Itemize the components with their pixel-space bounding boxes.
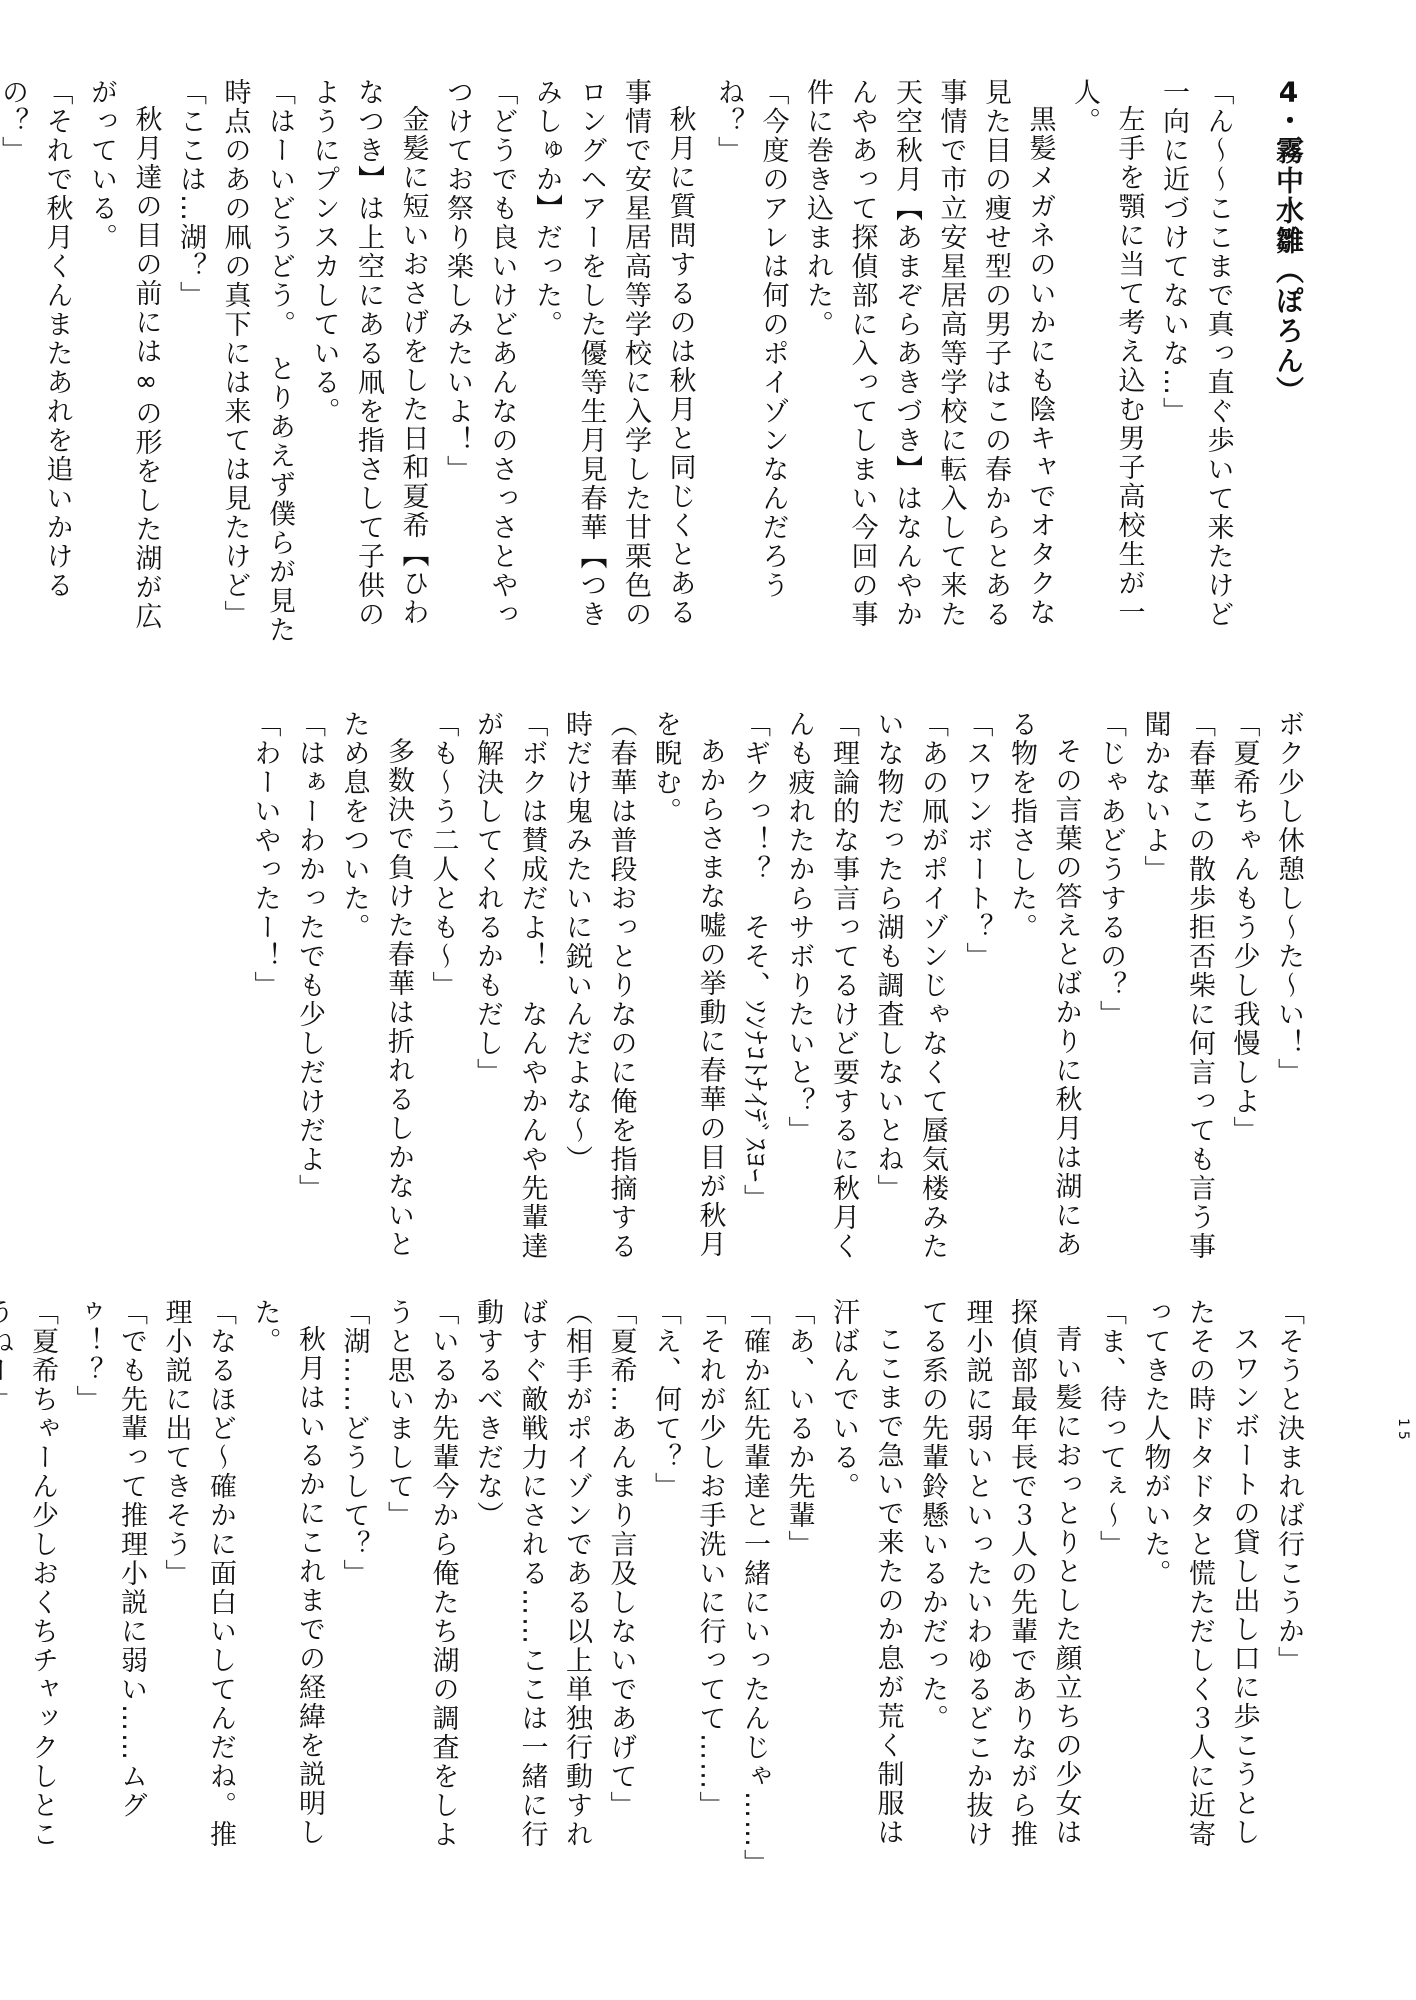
inner-thought: （相手がポイゾンである以上単独行動すればすぐ敵戦力にされる……ここは一緒に行動す… — [465, 1298, 599, 1873]
narration-paragraph: 秋月はいるかにこれまでの経緯を説明した。 — [242, 1298, 331, 1873]
dialogue-line: 「夏希ちゃんもう少し我慢しよ」 — [1221, 710, 1266, 1285]
narration-paragraph: 左手を顎に当て考え込む男子高校生が一人。 — [1062, 78, 1151, 653]
dialogue-line: 「それが少しお手洗いに行ってて……」 — [687, 1298, 732, 1873]
dialogue-line: 「はぁーわかったでも少しだけだよ」 — [287, 710, 332, 1285]
narration-paragraph: 金髪に短いおさげをした日和夏希【ひわなつき】は上空にある凧を指さして子供のように… — [301, 78, 435, 653]
narration-paragraph: ここまで急いで来たのか息が荒く制服は汗ばんでいる。 — [821, 1298, 910, 1873]
dialogue-line: 「あの凧がポイゾンじゃなくて蜃気楼みたいな物だったら湖も調査しないとね」 — [865, 710, 954, 1285]
dialogue-line: 「じゃあどうするの？」 — [1088, 710, 1133, 1285]
dialogue-line: 「ん～～ここまで真っ直ぐ歩いて来たけど一向に近づけてないな…」 — [1151, 78, 1240, 653]
narration-paragraph: 秋月達の目の前には∞の形をした湖が広がっている。 — [79, 78, 168, 653]
narration-paragraph: 黒髪メガネのいかにも陰キャでオタクな見た目の痩せ型の男子はこの春からとある事情で… — [795, 78, 1062, 653]
narration-paragraph: 青い髪におっとりとした顔立ちの少女は探偵部最年長で３人の先輩でありながら推理小説… — [910, 1298, 1088, 1873]
text-band-middle: ボク少し休憩し～た～い！」 「夏希ちゃんもう少し我慢しよ」 「春華この散歩拒否柴… — [40, 710, 1310, 1285]
narration-paragraph: 秋月に質問するのは秋月と同じくとある事情で安星居高等学校に入学した甘栗色のロング… — [524, 78, 702, 653]
page-number: 15 — [1396, 1418, 1410, 1444]
dialogue-line: 「も～う二人とも～」 — [420, 710, 465, 1285]
dialogue-line: 「え、何て？」 — [643, 1298, 688, 1873]
dialogue-line: 「ここは…湖？」 — [168, 78, 213, 653]
dialogue-line: 「わーいやったー！」 — [242, 710, 287, 1285]
dialogue-line: 「確か紅先輩達と一緒にいったんじゃ……」 — [732, 1298, 777, 1873]
dialogue-line: 「そうと決まれば行こうか」 — [1266, 1298, 1311, 1873]
narration-paragraph: あからさまな嘘の挙動に春華の目が秋月を睨む。 — [643, 710, 732, 1285]
narration-paragraph: スワンボートの貸し出し口に歩こうとしたその時ドタドタと慌ただしく３人に近寄ってき… — [1132, 1298, 1266, 1873]
dialogue-line: 「なるほど～確かに面白いしてんだね。推理小説に出てきそう」 — [153, 1298, 242, 1873]
chapter-reading: （ぽろん） — [1272, 256, 1305, 406]
dialogue-line: 「理論的な事言ってるけど要するに秋月くんも疲れたからサボりたいと？」 — [776, 710, 865, 1285]
dialogue-continuation: ボク少し休憩し～た～い！」 — [1266, 710, 1311, 1285]
text-band-bottom: 「そうと決まれば行こうか」 スワンボートの貸し出し口に歩こうとしたその時ドタドタ… — [40, 1298, 1310, 1873]
dialogue-line: 「今度のアレは何のポイゾンなんだろうね？」 — [706, 78, 795, 653]
dialogue-line: 「はーいどうどう。 とりあえず僕らが見た時点のあの凧の真下には来ては見たけど」 — [212, 78, 301, 653]
dialogue-line: 「でも先輩って推理小説に弱い……ムグゥ！？」 — [64, 1298, 153, 1873]
dialogue-line: 「どうでも良いけどあんなのさっさとやっつけてお祭り楽しみたいよ！」 — [435, 78, 524, 653]
dialogue-line: 「ボクは賛成だよ！ なんやかんや先輩達が解決してくれるかもだし」 — [465, 710, 554, 1285]
inner-thought: （春華は普段おっとりなのに俺を指摘する時だけ鬼みたいに鋭いんだよな～） — [554, 710, 643, 1285]
chapter-separator: ・ — [1272, 106, 1305, 136]
dialogue-line: 「夏希…あんまり言及しないであげて」 — [598, 1298, 643, 1873]
dialogue-line: 「春華この散歩拒否柴に何言っても言う事聞かないよ」 — [1132, 710, 1221, 1285]
dialogue-line: 「それで秋月くんまたあれを追いかけるの？」 — [0, 78, 79, 653]
chapter-title: 霧中水雛 — [1272, 136, 1305, 256]
text-band-top: 4・霧中水雛（ぽろん） 「ん～～ここまで真っ直ぐ歩いて来たけど一向に近づけてない… — [40, 78, 1310, 653]
dialogue-line: 「スワンボート？」 — [954, 710, 999, 1285]
narration-paragraph: 多数決で負けた春華は折れるしかないとため息をついた。 — [331, 710, 420, 1285]
dialogue-line: 「いるか先輩今から俺たち湖の調査をしようと思いまして」 — [376, 1298, 465, 1873]
chapter-number: 4 — [1272, 78, 1305, 106]
dialogue-line: 「あ、いるか先輩」 — [776, 1298, 821, 1873]
dialogue-line: 「夏希ちゃーん少しおくちチャックしとこうねー」 — [0, 1298, 64, 1873]
narration-paragraph: その言葉の答えとばかりに秋月は湖にある物を指さした。 — [999, 710, 1088, 1285]
dialogue-line: 「ギクっ！？ そそ、ｿﾝﾅｺﾄﾅｲﾃﾞｽﾖｰ」 — [732, 710, 777, 1285]
dialogue-line: 「ま、待ってぇ～」 — [1088, 1298, 1133, 1873]
chapter-heading: 4・霧中水雛（ぽろん） — [1266, 78, 1311, 653]
dialogue-line: 「湖……どうして？」 — [331, 1298, 376, 1873]
